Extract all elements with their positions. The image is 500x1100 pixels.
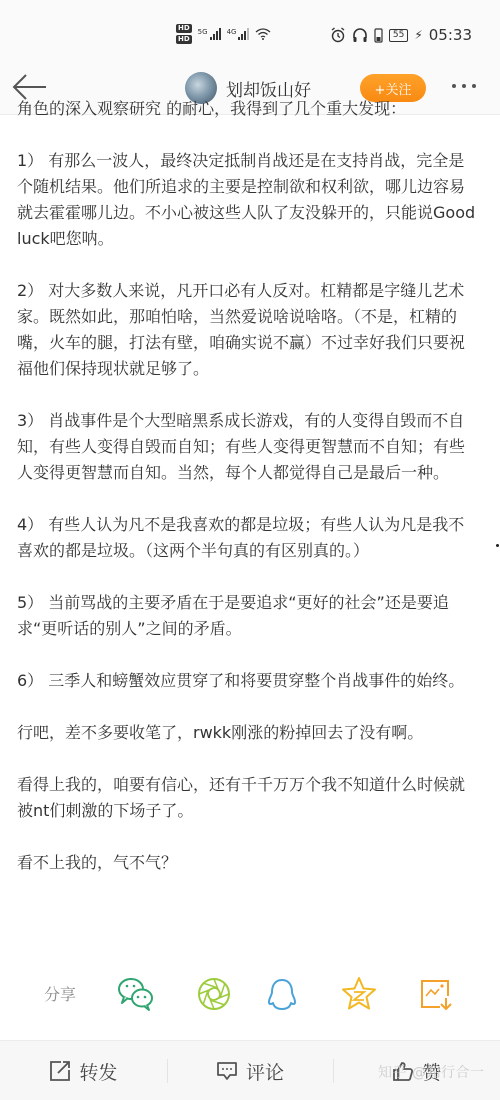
share-qq-button[interactable]	[262, 974, 302, 1014]
qq-icon	[262, 974, 302, 1014]
repost-label: 转发	[79, 1058, 117, 1085]
article-paragraph: 1） 有那么一波人，最终决定抵制肖战还是在支持肖战，完全是个随机结果。他们所追求…	[17, 148, 477, 252]
signal-4g-icon: 4G	[227, 28, 250, 40]
bottom-action-bar: 转发 评论 赞	[0, 1040, 500, 1100]
share-out-icon	[49, 1060, 71, 1082]
article-paragraph: 5） 当前骂战的主要矛盾在于是要追求“更好的社会”还是要追求“更听话的别人”之间…	[17, 590, 477, 642]
share-label: 分享	[44, 982, 76, 1005]
like-label: 赞	[422, 1058, 441, 1085]
article-paragraph: 行吧，差不多要收笔了，rwkk刚涨的粉掉回去了没有啊。	[17, 720, 477, 746]
wechat-moments-icon	[194, 974, 234, 1014]
hd-badge: HD	[176, 24, 192, 33]
comment-button[interactable]: 评论	[167, 1041, 334, 1100]
hd-icon: HD HD	[176, 24, 192, 44]
article-paragraph: 看得上我的，咱要有信心，还有千千万万个我不知道什么时候就被nt们刺激的下场子了。	[17, 772, 477, 824]
status-left: HD HD 5G 4G	[176, 24, 271, 44]
article-paragraph: 角色的深入观察研究 的耐心，我得到了几个重大发现：	[17, 96, 477, 122]
status-bar: HD HD 5G 4G	[0, 0, 500, 60]
comment-label: 评论	[246, 1058, 284, 1085]
charging-icon: ⚡	[414, 28, 422, 42]
hd-badge: HD	[176, 35, 192, 44]
repost-button[interactable]: 转发	[0, 1041, 167, 1100]
thumbs-up-icon	[392, 1060, 414, 1082]
phone-battery-icon	[374, 27, 383, 43]
article-body: 角色的深入观察研究 的耐心，我得到了几个重大发现： 1） 有那么一波人，最终决定…	[17, 104, 477, 902]
wifi-icon	[255, 28, 271, 40]
share-moments-button[interactable]	[194, 974, 234, 1014]
headphones-icon	[352, 27, 368, 43]
battery-icon: 55	[389, 29, 408, 42]
article-paragraph: 2） 对大多数人来说，凡开口必有人反对。杠精都是字缝儿艺术家。既然如此，那咱怕啥…	[17, 278, 477, 382]
like-button[interactable]: 赞	[333, 1041, 500, 1100]
share-save-image-button[interactable]	[416, 974, 456, 1014]
more-dots-icon	[472, 84, 476, 88]
qzone-icon	[339, 974, 379, 1014]
status-right: 55 ⚡ 05:33	[330, 26, 472, 44]
status-time: 05:33	[429, 26, 472, 44]
signal-5g-icon: 5G	[198, 28, 221, 40]
article-paragraph: 看不上我的，气不气？	[17, 850, 477, 876]
wechat-icon	[116, 974, 156, 1014]
signal-label: 5G	[198, 28, 208, 36]
save-image-icon	[416, 974, 456, 1014]
share-row: 分享	[0, 960, 500, 1030]
share-qzone-button[interactable]	[339, 974, 379, 1014]
article-paragraph: 6） 三季人和螃蟹效应贯穿了和将要贯穿整个肖战事件的始终。	[17, 668, 477, 694]
more-button[interactable]	[452, 78, 476, 94]
share-wechat-button[interactable]	[116, 974, 156, 1014]
comment-icon	[216, 1060, 238, 1082]
article-paragraph: 4） 有些人认为凡不是我喜欢的都是垃圾；有些人认为凡是我不喜欢的都是垃圾。（这两…	[17, 512, 477, 564]
more-dots-icon	[452, 84, 456, 88]
signal-label: 4G	[227, 28, 237, 36]
alarm-icon	[330, 27, 346, 43]
more-dots-icon	[462, 84, 466, 88]
scroll-indicator	[496, 544, 499, 547]
article-paragraph: 3） 肖战事件是个大型暗黑系成长游戏，有的人变得自毁而不自知，有些人变得自毁而自…	[17, 408, 477, 486]
